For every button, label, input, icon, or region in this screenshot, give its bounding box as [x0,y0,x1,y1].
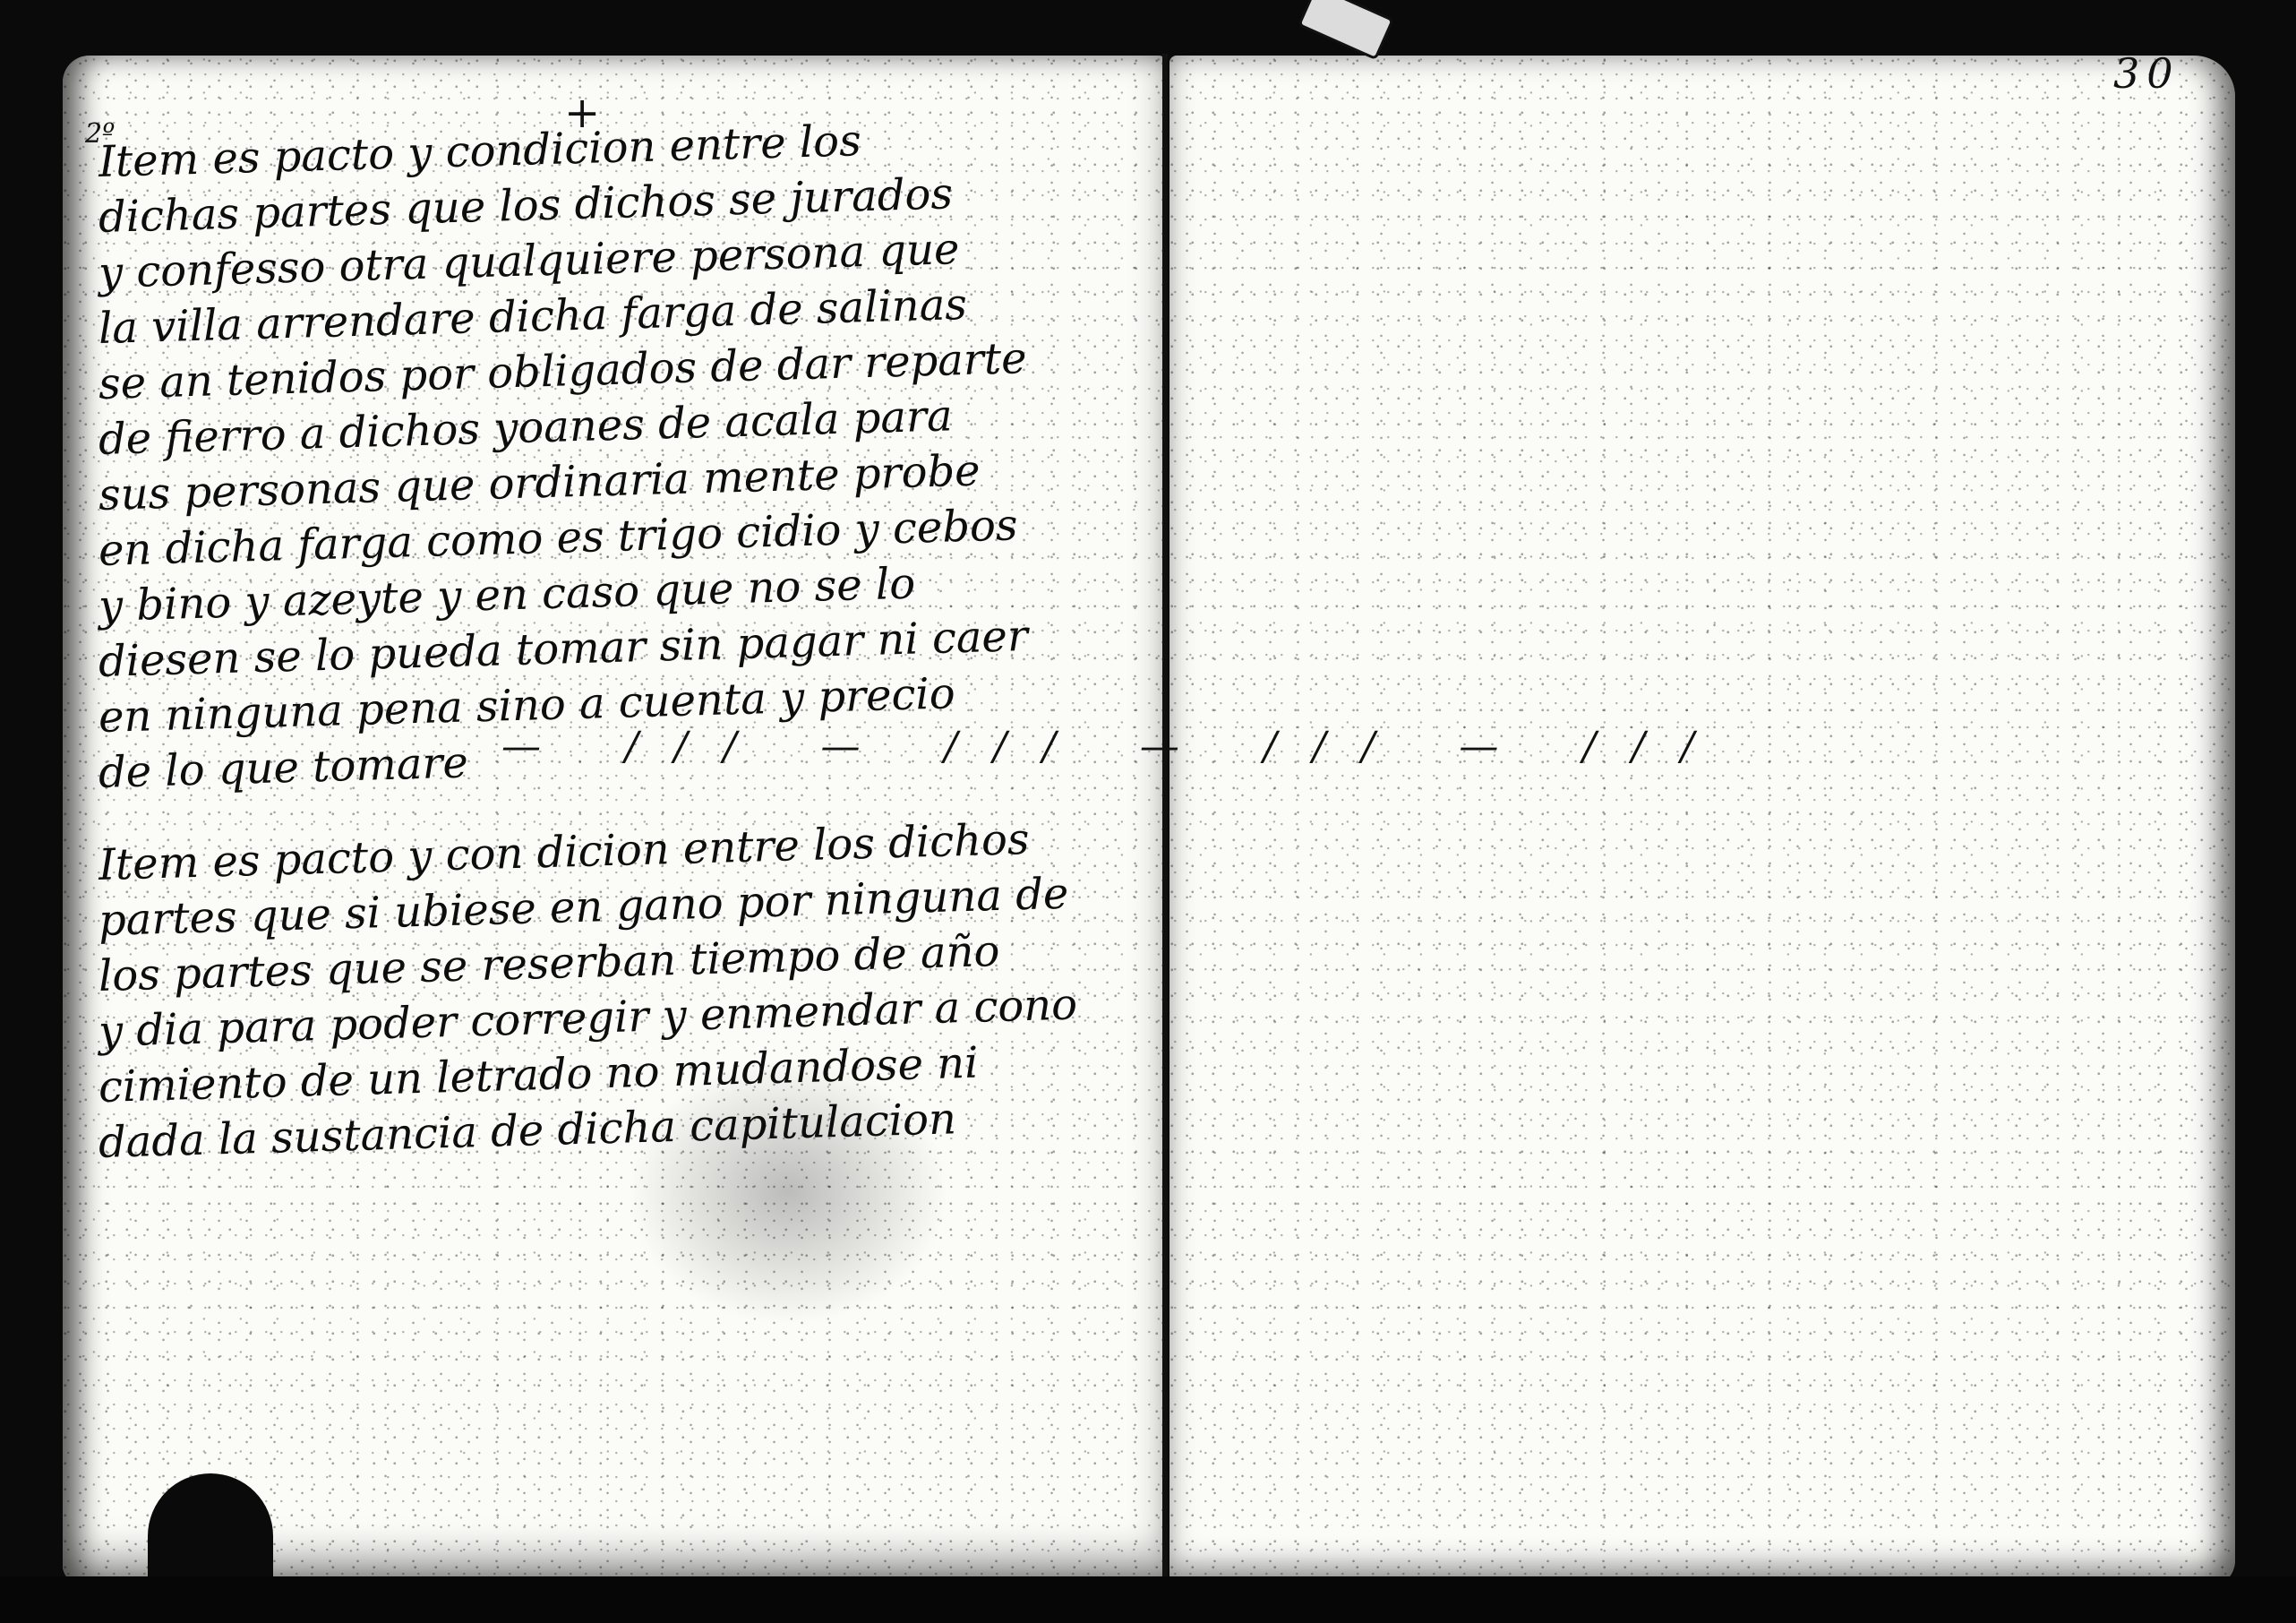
book-spine [1162,54,1168,1587]
scan-bottom-edge [0,1576,2296,1623]
paragraph-2: Item es pacto y con dicion entre los dic… [99,837,1137,1171]
manuscript-scan: 2º + Item es pacto y condicion entre los… [0,0,2296,1623]
folio-number: 30 [2113,49,2180,98]
binding-clip [1298,0,1394,60]
paragraph-1: Item es pacto y condicion entre los dich… [99,134,1137,801]
right-page [1169,56,2235,1587]
tally-marks: — /// — /// — /// — /// [501,724,1730,769]
